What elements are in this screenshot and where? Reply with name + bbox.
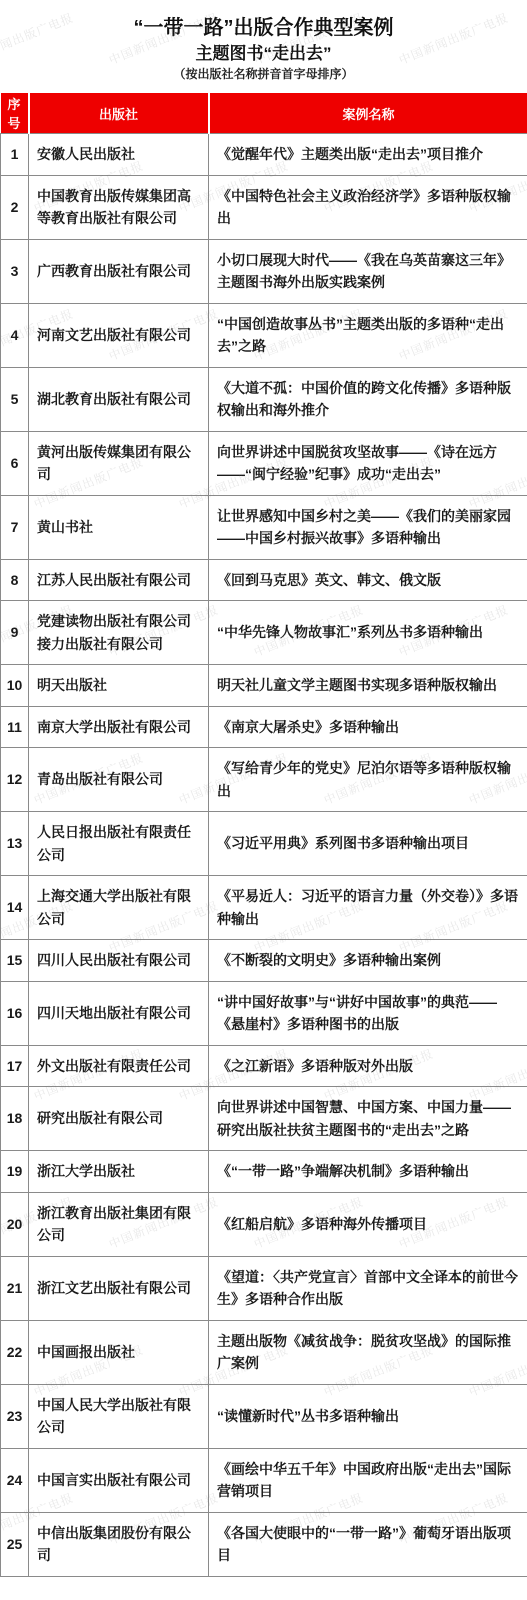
page-subtitle: 主题图书“走出去” xyxy=(0,42,527,66)
case-name-cell: 《之江新语》多语种版对外出版 xyxy=(209,1045,527,1087)
row-number-cell: 8 xyxy=(1,559,29,601)
row-number-cell: 19 xyxy=(1,1151,29,1193)
row-number-cell: 7 xyxy=(1,495,29,559)
publisher-cell: 中国教育出版传媒集团高等教育出版社有限公司 xyxy=(29,175,209,239)
table-row: 5 湖北教育出版社有限公司 《大道不孤：中国价值的跨文化传播》多语种版权输出和海… xyxy=(1,367,527,431)
row-number-cell: 4 xyxy=(1,303,29,367)
publisher-cell: 江苏人民出版社有限公司 xyxy=(29,559,209,601)
case-name-cell: 《画绘中华五千年》中国政府出版“走出去”国际营销项目 xyxy=(209,1448,527,1512)
row-number-cell: 11 xyxy=(1,706,29,748)
table-row: 10 明天出版社 明天社儿童文学主题图书实现多语种版权输出 xyxy=(1,665,527,707)
publisher-cell: 浙江文艺出版社有限公司 xyxy=(29,1256,209,1320)
header-cell-publisher: 出版社 xyxy=(29,93,209,134)
row-number-cell: 21 xyxy=(1,1256,29,1320)
publisher-cell: 中国画报出版社 xyxy=(29,1320,209,1384)
publisher-cell: 黄河出版传媒集团有限公司 xyxy=(29,431,209,495)
row-number-cell: 20 xyxy=(1,1192,29,1256)
case-name-cell: 《回到马克思》英文、韩文、俄文版 xyxy=(209,559,527,601)
table-row: 4 河南文艺出版社有限公司 “中国创造故事丛书”主题类出版的多语种“走出去”之路 xyxy=(1,303,527,367)
publisher-cell: 人民日报出版社有限责任公司 xyxy=(29,812,209,876)
row-number-cell: 9 xyxy=(1,601,29,665)
row-number-cell: 24 xyxy=(1,1448,29,1512)
row-number-cell: 5 xyxy=(1,367,29,431)
case-name-cell: 主题出版物《减贫战争：脱贫攻坚战》的国际推广案例 xyxy=(209,1320,527,1384)
table-row: 14 上海交通大学出版社有限公司 《平易近人：习近平的语言力量（外交卷）》多语种… xyxy=(1,876,527,940)
case-name-cell: 《“一带一路”争端解决机制》多语种输出 xyxy=(209,1151,527,1193)
publisher-cell: 中国言实出版社有限公司 xyxy=(29,1448,209,1512)
table-row: 11 南京大学出版社有限公司 《南京大屠杀史》多语种输出 xyxy=(1,706,527,748)
row-number-cell: 18 xyxy=(1,1087,29,1151)
row-number-cell: 22 xyxy=(1,1320,29,1384)
case-name-cell: “讲中国好故事”与“讲好中国故事”的典范——《悬崖村》多语种图书的出版 xyxy=(209,981,527,1045)
row-number-cell: 17 xyxy=(1,1045,29,1087)
row-number-cell: 13 xyxy=(1,812,29,876)
table-row: 19 浙江大学出版社 《“一带一路”争端解决机制》多语种输出 xyxy=(1,1151,527,1193)
header-cell-no: 序号 xyxy=(1,93,29,134)
case-name-cell: 《不断裂的文明史》多语种输出案例 xyxy=(209,940,527,982)
header-cell-case-name: 案例名称 xyxy=(209,93,527,134)
publisher-cell: 安徽人民出版社 xyxy=(29,134,209,176)
table-body: 1 安徽人民出版社 《觉醒年代》主题类出版“走出去”项目推介 2 中国教育出版传… xyxy=(1,134,527,1577)
case-name-cell: 《望道：〈共产党宣言〉首部中文全译本的前世今生》多语种合作出版 xyxy=(209,1256,527,1320)
case-name-cell: 《中国特色社会主义政治经济学》多语种版权输出 xyxy=(209,175,527,239)
table-row: 8 江苏人民出版社有限公司 《回到马克思》英文、韩文、俄文版 xyxy=(1,559,527,601)
table-row: 18 研究出版社有限公司 向世界讲述中国智慧、中国方案、中国力量——研究出版社扶… xyxy=(1,1087,527,1151)
publisher-cell: 四川天地出版社有限公司 xyxy=(29,981,209,1045)
publisher-cell: 黄山书社 xyxy=(29,495,209,559)
page-title: “一带一路”出版合作典型案例 xyxy=(0,14,527,42)
case-name-cell: 《南京大屠杀史》多语种输出 xyxy=(209,706,527,748)
publisher-cell: 浙江教育出版社集团有限公司 xyxy=(29,1192,209,1256)
case-name-cell: 向世界讲述中国智慧、中国方案、中国力量——研究出版社扶贫主题图书的“走出去”之路 xyxy=(209,1087,527,1151)
table-row: 20 浙江教育出版社集团有限公司 《红船启航》多语种海外传播项目 xyxy=(1,1192,527,1256)
table-row: 13 人民日报出版社有限责任公司 《习近平用典》系列图书多语种输出项目 xyxy=(1,812,527,876)
case-name-cell: 《觉醒年代》主题类出版“走出去”项目推介 xyxy=(209,134,527,176)
table-row: 21 浙江文艺出版社有限公司 《望道：〈共产党宣言〉首部中文全译本的前世今生》多… xyxy=(1,1256,527,1320)
case-name-cell: 向世界讲述中国脱贫攻坚故事——《诗在远方——“闽宁经验”纪事》成功“走出去” xyxy=(209,431,527,495)
case-name-cell: 《红船启航》多语种海外传播项目 xyxy=(209,1192,527,1256)
row-number-cell: 10 xyxy=(1,665,29,707)
row-number-cell: 1 xyxy=(1,134,29,176)
publisher-cell: 湖北教育出版社有限公司 xyxy=(29,367,209,431)
table-row: 24 中国言实出版社有限公司 《画绘中华五千年》中国政府出版“走出去”国际营销项… xyxy=(1,1448,527,1512)
row-number-cell: 16 xyxy=(1,981,29,1045)
table-row: 12 青岛出版社有限公司 《写给青少年的党史》尼泊尔语等多语种版权输出 xyxy=(1,748,527,812)
case-name-cell: 《平易近人：习近平的语言力量（外交卷）》多语种输出 xyxy=(209,876,527,940)
case-name-cell: 明天社儿童文学主题图书实现多语种版权输出 xyxy=(209,665,527,707)
row-number-cell: 3 xyxy=(1,239,29,303)
publisher-cell: 中国人民大学出版社有限公司 xyxy=(29,1384,209,1448)
table-row: 2 中国教育出版传媒集团高等教育出版社有限公司 《中国特色社会主义政治经济学》多… xyxy=(1,175,527,239)
publisher-cell: 广西教育出版社有限公司 xyxy=(29,239,209,303)
publisher-cell: 上海交通大学出版社有限公司 xyxy=(29,876,209,940)
row-number-cell: 2 xyxy=(1,175,29,239)
case-name-cell: “读懂新时代”丛书多语种输出 xyxy=(209,1384,527,1448)
table-row: 16 四川天地出版社有限公司 “讲中国好故事”与“讲好中国故事”的典范——《悬崖… xyxy=(1,981,527,1045)
publisher-cell: 明天出版社 xyxy=(29,665,209,707)
case-name-cell: 让世界感知中国乡村之美——《我们的美丽家园——中国乡村振兴故事》多语种输出 xyxy=(209,495,527,559)
row-number-cell: 15 xyxy=(1,940,29,982)
row-number-cell: 14 xyxy=(1,876,29,940)
publisher-cell: 南京大学出版社有限公司 xyxy=(29,706,209,748)
case-name-cell: “中华先锋人物故事汇”系列丛书多语种输出 xyxy=(209,601,527,665)
document-page: “一带一路”出版合作典型案例 主题图书“走出去” （按出版社名称拼音首字母排序）… xyxy=(0,0,527,1600)
row-number-cell: 12 xyxy=(1,748,29,812)
publisher-cell: 四川人民出版社有限公司 xyxy=(29,940,209,982)
table-header-row: 序号 出版社 案例名称 xyxy=(1,93,527,134)
title-block: “一带一路”出版合作典型案例 主题图书“走出去” （按出版社名称拼音首字母排序） xyxy=(0,0,527,83)
table-row: 9 党建读物出版社有限公司 接力出版社有限公司 “中华先锋人物故事汇”系列丛书多… xyxy=(1,601,527,665)
case-name-cell: 《习近平用典》系列图书多语种输出项目 xyxy=(209,812,527,876)
table-row: 22 中国画报出版社 主题出版物《减贫战争：脱贫攻坚战》的国际推广案例 xyxy=(1,1320,527,1384)
case-name-cell: 《写给青少年的党史》尼泊尔语等多语种版权输出 xyxy=(209,748,527,812)
table-row: 25 中信出版集团股份有限公司 《各国大使眼中的“一带一路”》葡萄牙语出版项目 xyxy=(1,1512,527,1576)
row-number-cell: 6 xyxy=(1,431,29,495)
case-name-cell: “中国创造故事丛书”主题类出版的多语种“走出去”之路 xyxy=(209,303,527,367)
publisher-cell: 青岛出版社有限公司 xyxy=(29,748,209,812)
publisher-cell: 浙江大学出版社 xyxy=(29,1151,209,1193)
table-row: 7 黄山书社 让世界感知中国乡村之美——《我们的美丽家园——中国乡村振兴故事》多… xyxy=(1,495,527,559)
table-row: 23 中国人民大学出版社有限公司 “读懂新时代”丛书多语种输出 xyxy=(1,1384,527,1448)
table-row: 6 黄河出版传媒集团有限公司 向世界讲述中国脱贫攻坚故事——《诗在远方——“闽宁… xyxy=(1,431,527,495)
row-number-cell: 23 xyxy=(1,1384,29,1448)
publisher-cell: 河南文艺出版社有限公司 xyxy=(29,303,209,367)
case-name-cell: 《大道不孤：中国价值的跨文化传播》多语种版权输出和海外推介 xyxy=(209,367,527,431)
table-row: 3 广西教育出版社有限公司 小切口展现大时代——《我在乌英苗寨这三年》主题图书海… xyxy=(1,239,527,303)
table-row: 1 安徽人民出版社 《觉醒年代》主题类出版“走出去”项目推介 xyxy=(1,134,527,176)
publisher-cell: 外文出版社有限责任公司 xyxy=(29,1045,209,1087)
row-number-cell: 25 xyxy=(1,1512,29,1576)
cases-table: 序号 出版社 案例名称 1 安徽人民出版社 《觉醒年代》主题类出版“走出去”项目… xyxy=(0,93,527,1577)
publisher-cell: 党建读物出版社有限公司 接力出版社有限公司 xyxy=(29,601,209,665)
publisher-cell: 中信出版集团股份有限公司 xyxy=(29,1512,209,1576)
table-row: 15 四川人民出版社有限公司 《不断裂的文明史》多语种输出案例 xyxy=(1,940,527,982)
case-name-cell: 小切口展现大时代——《我在乌英苗寨这三年》主题图书海外出版实践案例 xyxy=(209,239,527,303)
case-name-cell: 《各国大使眼中的“一带一路”》葡萄牙语出版项目 xyxy=(209,1512,527,1576)
sort-note: （按出版社名称拼音首字母排序） xyxy=(0,66,527,83)
table-row: 17 外文出版社有限责任公司 《之江新语》多语种版对外出版 xyxy=(1,1045,527,1087)
publisher-cell: 研究出版社有限公司 xyxy=(29,1087,209,1151)
